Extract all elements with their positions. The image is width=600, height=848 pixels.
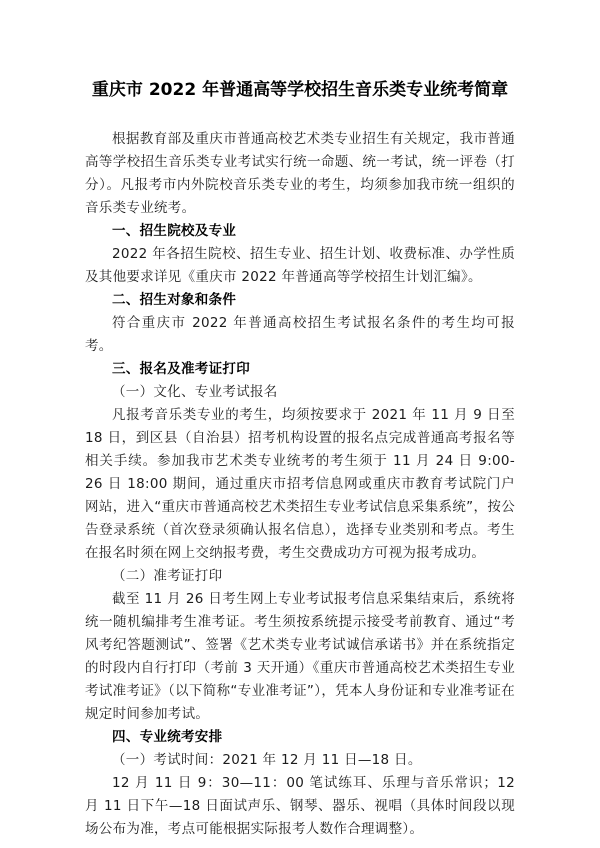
paragraph: 符合重庆市 2022 年普通高校招生考试报名条件的考生均可报考。 bbox=[85, 312, 515, 358]
paragraph: 截至 11 月 26 日考生网上专业考试报考信息采集结束后，系统将统一随机编排考… bbox=[85, 588, 515, 726]
document-title: 重庆市 2022 年普通高等学校招生音乐类专业统考简章 bbox=[85, 78, 515, 102]
section-heading: 二、招生对象和条件 bbox=[85, 289, 515, 312]
paragraph: 凡报考音乐类专业的考生，均须按要求于 2021 年 11 月 9 日至 18 日… bbox=[85, 404, 515, 565]
paragraph: 根据教育部及重庆市普通高校艺术类专业招生有关规定，我市普通高等学校招生音乐类专业… bbox=[85, 128, 515, 220]
sub-heading: （一）考试时间：2021 年 12 月 11 日—18 日。 bbox=[85, 749, 515, 772]
sub-heading: （一）文化、专业考试报名 bbox=[85, 381, 515, 404]
section-heading: 四、专业统考安排 bbox=[85, 726, 515, 749]
section-heading: 一、招生院校及专业 bbox=[85, 220, 515, 243]
document-body: 根据教育部及重庆市普通高校艺术类专业招生有关规定，我市普通高等学校招生音乐类专业… bbox=[85, 128, 515, 841]
document-page: 重庆市 2022 年普通高等学校招生音乐类专业统考简章 根据教育部及重庆市普通高… bbox=[0, 0, 600, 848]
paragraph: 2022 年各招生院校、招生专业、招生计划、收费标准、办学性质及其他要求详见《重… bbox=[85, 243, 515, 289]
section-heading: 三、报名及准考证打印 bbox=[85, 358, 515, 381]
paragraph: 12 月 11 日 9：30—11：00 笔试练耳、乐理与音乐常识；12 月 1… bbox=[85, 772, 515, 841]
sub-heading: （二）准考证打印 bbox=[85, 565, 515, 588]
